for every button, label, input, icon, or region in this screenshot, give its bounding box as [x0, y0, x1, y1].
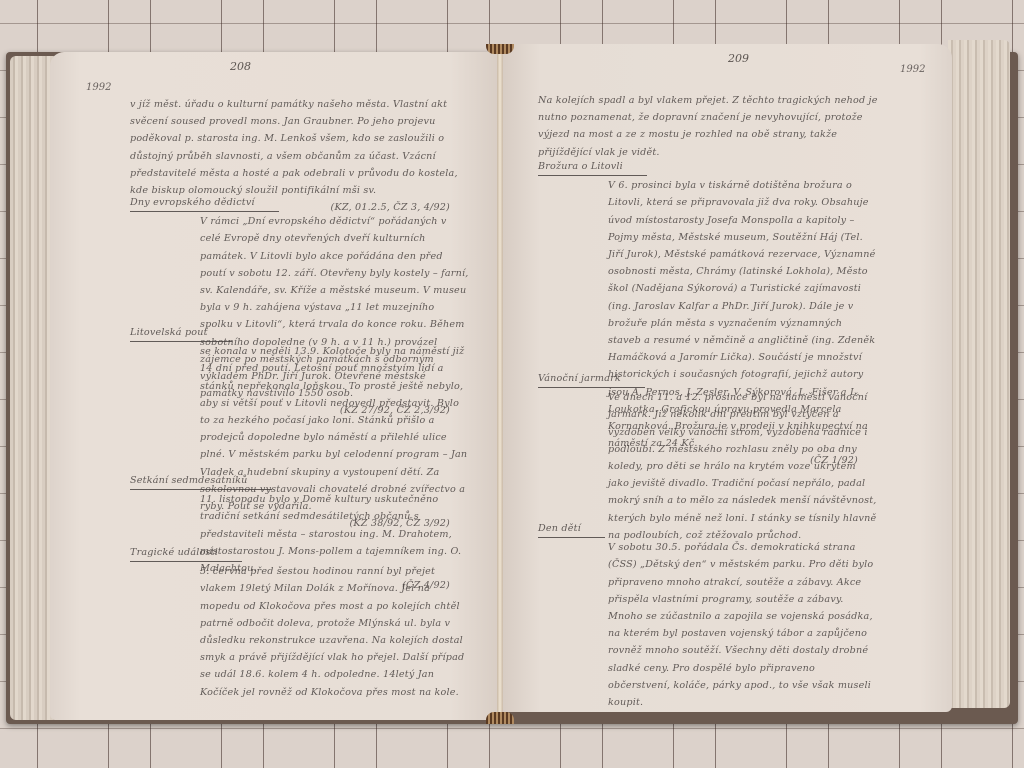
page-edges-right [948, 40, 1010, 708]
spine-headband-bottom [486, 712, 514, 724]
section-heading: Den dětí [538, 520, 605, 538]
spine-headband-top [486, 44, 514, 54]
section-text: 5. června před šestou hodinou ranní byl … [130, 563, 470, 701]
left-page: 208 1992 v jíž měst. úřadu o kulturní pa… [50, 52, 500, 720]
page-number: 208 [230, 60, 251, 73]
section-heading: Tragické události [130, 544, 242, 562]
section-continuation: Na kolejích spadl a byl vlakem přejet. Z… [538, 92, 878, 161]
section-heading: Litovelská pouť [130, 324, 232, 342]
section-text: Na kolejích spadl a byl vlakem přejet. Z… [538, 92, 878, 161]
section-heading: Setkání sedmdesátníků [130, 472, 272, 490]
year-mark: 1992 [86, 82, 111, 93]
section-heading: Dny evropského dědictví [130, 194, 279, 212]
section-den-deti: Den dětí V sobotu 30.5. pořádala Čs. dem… [538, 520, 878, 711]
section-heading: Vánoční jarmark [538, 370, 645, 388]
section-text: V sobotu 30.5. pořádala Čs. demokratická… [538, 539, 878, 711]
year-mark: 1992 [900, 64, 925, 75]
section-vanocni-jarmark: Vánoční jarmark Ve dnech 11. a 12. prosi… [538, 370, 878, 544]
page-number: 209 [728, 52, 749, 65]
right-page: 209 1992 Na kolejích spadl a byl vlakem … [500, 44, 952, 712]
section-heading: Brožura o Litovli [538, 158, 647, 176]
section-tragicke-udalosti: Tragické události 5. června před šestou … [130, 544, 470, 701]
book-gutter [497, 44, 503, 720]
section-text: v jíž měst. úřadu o kulturní památky naš… [130, 96, 470, 199]
